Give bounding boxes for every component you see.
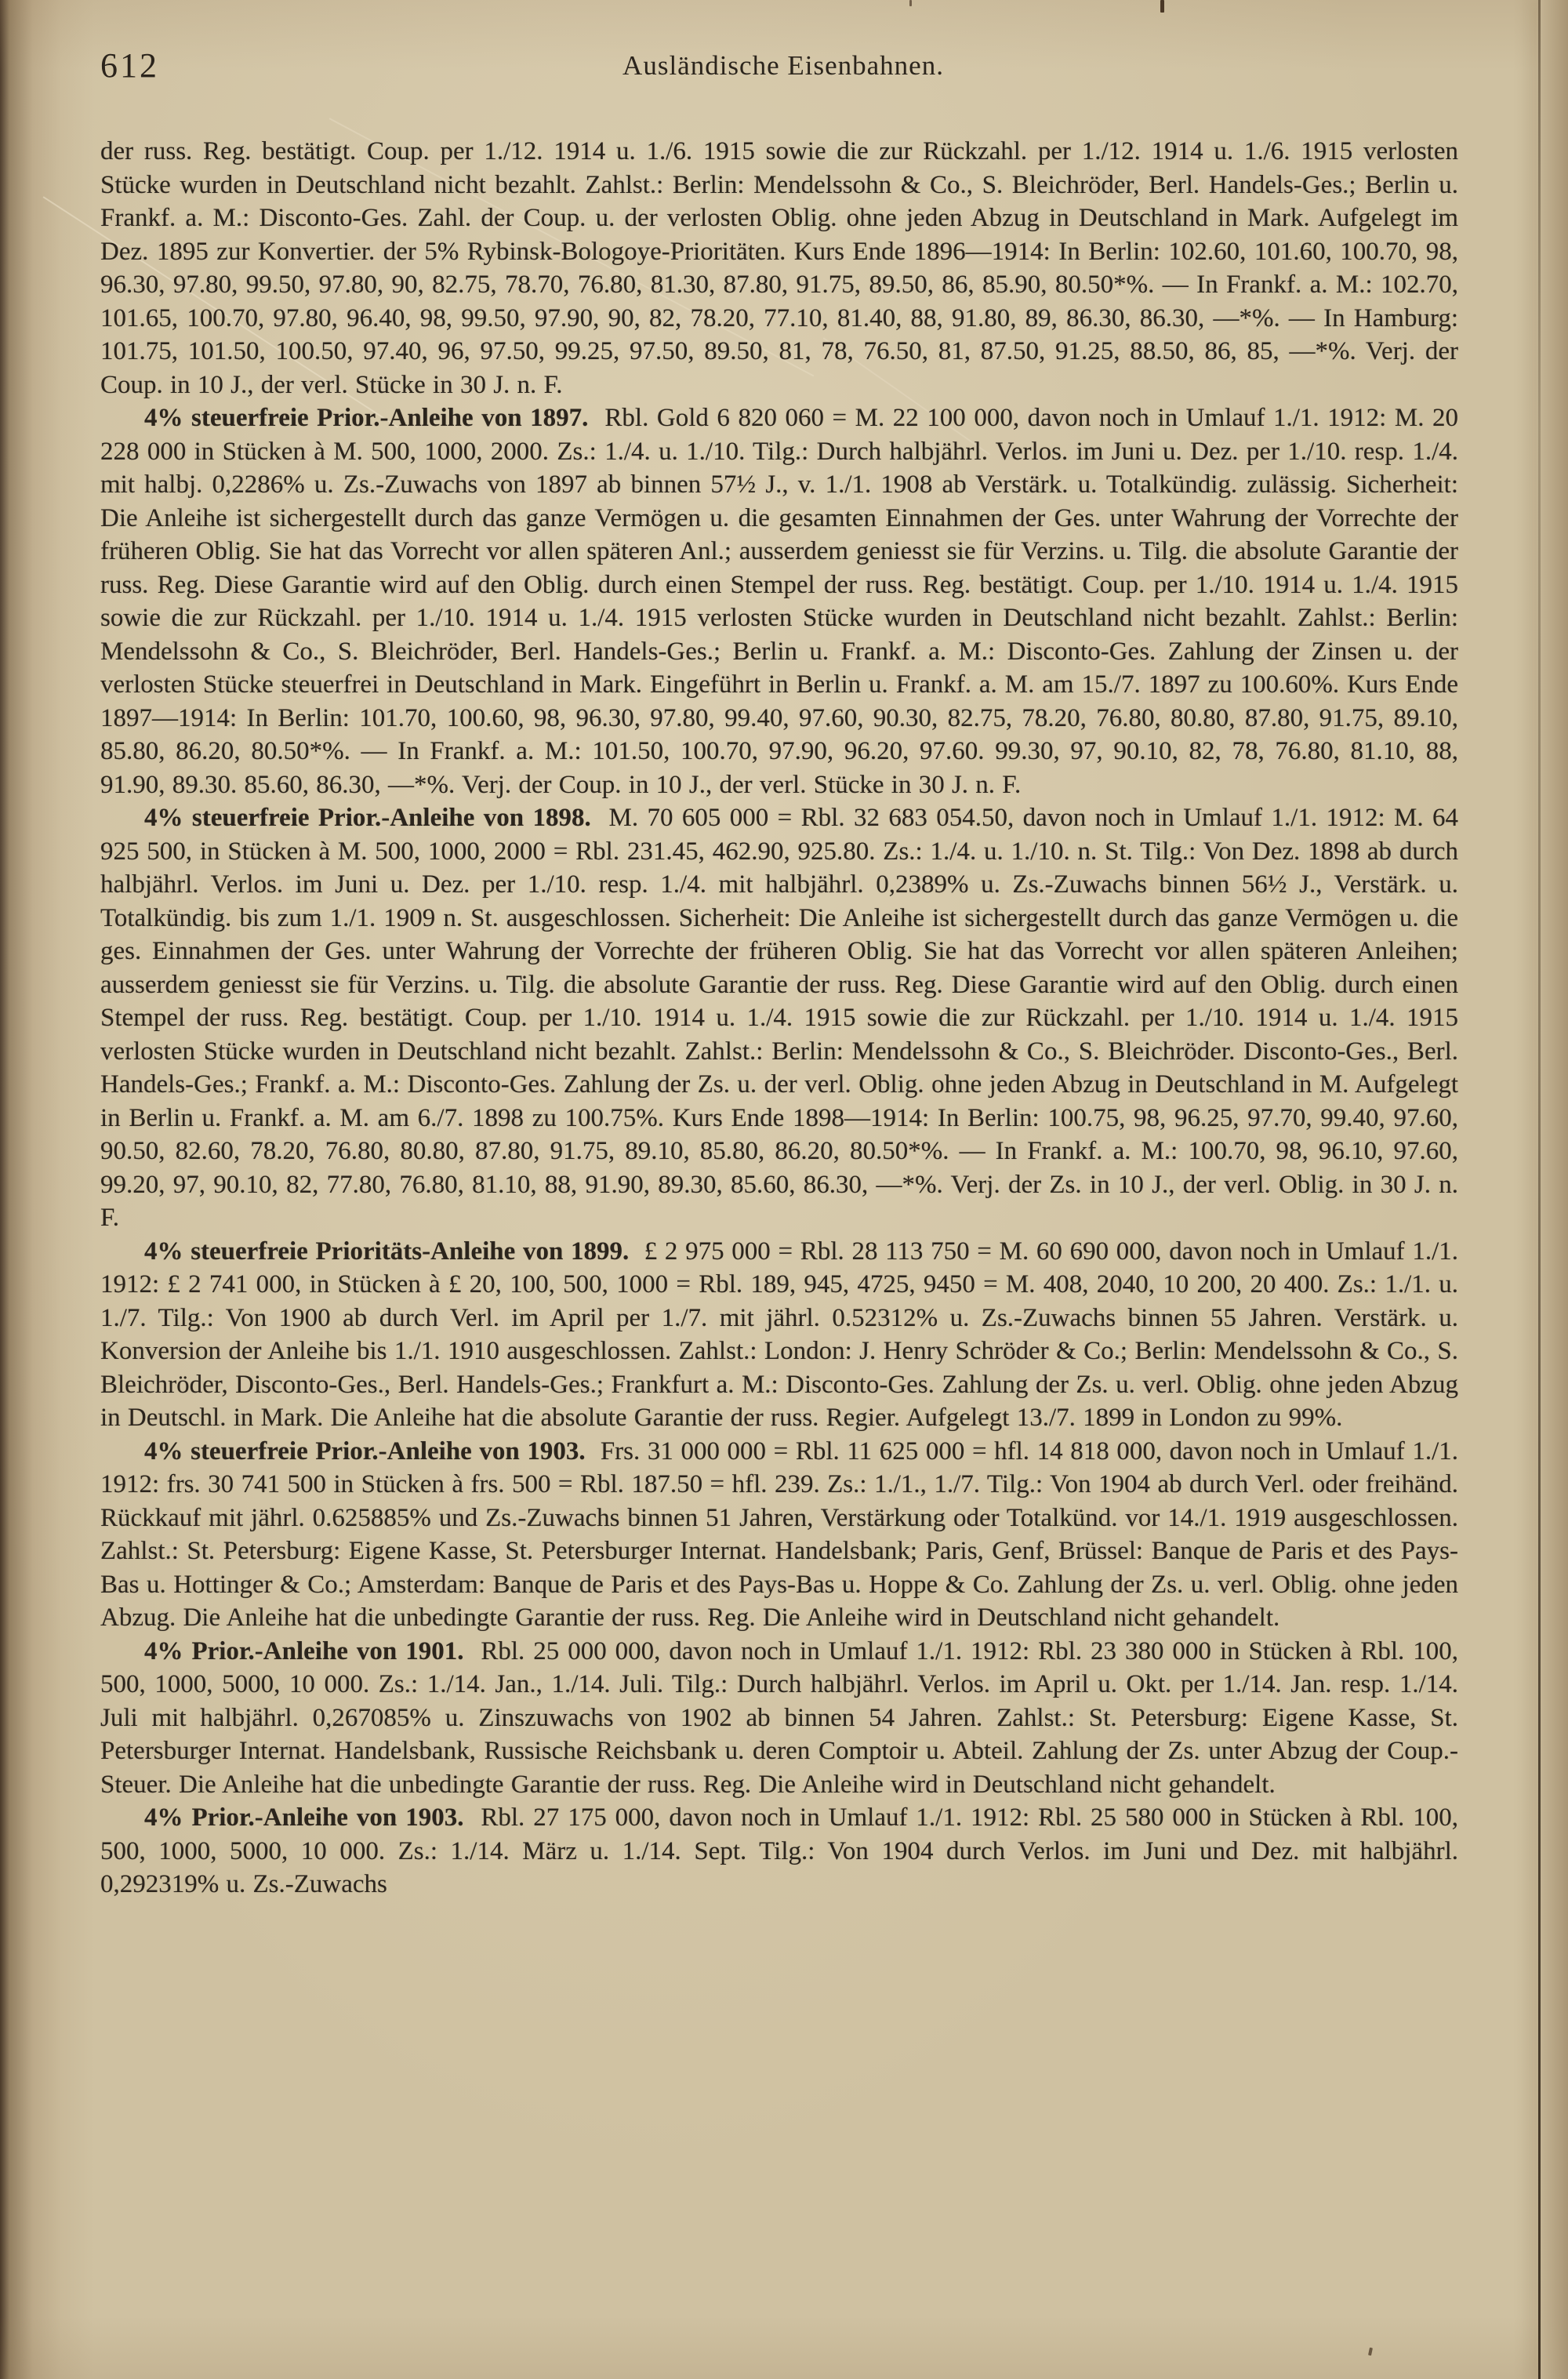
paragraph-text: Frs. 31 000 000 = Rbl. 11 625 000 = hfl.… xyxy=(100,1437,1458,1633)
paragraph-text: M. 70 605 000 = Rbl. 32 683 054.50, davo… xyxy=(100,804,1458,1232)
bond-heading: 4% Prior.-Anleihe von 1901. xyxy=(144,1637,481,1665)
paragraph: 4% steuerfreie Prior.-Anleihe von 1897.R… xyxy=(100,401,1458,801)
ink-speck xyxy=(909,0,912,6)
bond-heading: 4% steuerfreie Prior.-Anleihe von 1898. xyxy=(144,804,609,832)
paragraph-text: Rbl. Gold 6 820 060 = M. 22 100 000, dav… xyxy=(100,404,1458,799)
paragraph: 4% steuerfreie Prior.-Anleihe von 1903.F… xyxy=(100,1435,1458,1635)
paragraph-text: der russ. Reg. bestätigt. Coup. per 1./1… xyxy=(100,137,1458,399)
paragraph: der russ. Reg. bestätigt. Coup. per 1./1… xyxy=(100,135,1458,401)
book-page-scan: { "colors": { "paper": "#cfc1a1", "ink":… xyxy=(0,0,1568,2379)
paragraph-text: £ 2 975 000 = Rbl. 28 113 750 = M. 60 69… xyxy=(100,1237,1458,1433)
ink-speck xyxy=(1160,0,1164,13)
paragraph: 4% steuerfreie Prior.-Anleihe von 1898.M… xyxy=(100,801,1458,1235)
aged-paper-background: 612 Ausländische Eisenbahnen. der russ. … xyxy=(0,0,1568,2379)
running-title: Ausländische Eisenbahnen. xyxy=(100,50,1466,82)
bond-heading: 4% Prior.-Anleihe von 1903. xyxy=(144,1803,481,1832)
paragraph: 4% Prior.-Anleihe von 1903.Rbl. 27 175 0… xyxy=(100,1801,1458,1901)
page-header: 612 Ausländische Eisenbahnen. xyxy=(100,45,1466,86)
bond-heading: 4% steuerfreie Prior.-Anleihe von 1897. xyxy=(144,404,604,432)
bond-heading: 4% steuerfreie Prior.-Anleihe von 1903. xyxy=(144,1437,601,1466)
body-text-column: der russ. Reg. bestätigt. Coup. per 1./1… xyxy=(100,135,1458,2379)
page-edge xyxy=(1541,0,1568,2379)
bond-heading: 4% steuerfreie Prioritäts-Anleihe von 18… xyxy=(144,1237,644,1266)
paragraph: 4% Prior.-Anleihe von 1901.Rbl. 25 000 0… xyxy=(100,1635,1458,1802)
paragraph: 4% steuerfreie Prioritäts-Anleihe von 18… xyxy=(100,1235,1458,1435)
